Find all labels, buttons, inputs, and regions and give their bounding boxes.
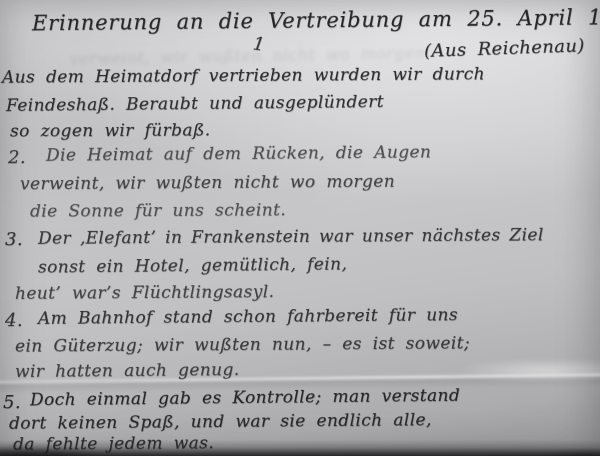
poem-line: Am Bahnhof stand schon fahrbereit für un… xyxy=(38,305,458,329)
poem-line: Aus dem Heimatdorf vertrieben wurden wir… xyxy=(2,64,485,87)
poem-line: Doch einmal gab es Kontrolle; man versta… xyxy=(30,386,460,411)
bottom-left-corner-shadow xyxy=(0,436,140,456)
poem-line: dort keinen Spaß, und war sie endlich al… xyxy=(9,410,432,434)
origin-note: (Aus Reichenau) xyxy=(424,35,585,62)
poem-line: die Sonne für uns scheint. xyxy=(30,200,286,221)
page-title: Erinnerung an die Vertreibung am 25. Apr… xyxy=(32,5,600,35)
poem-line: wir hatten auch genug. xyxy=(15,360,240,382)
photo-of-handwritten-page: verweint, wir wußten nicht wo morgen Eri… xyxy=(0,0,600,456)
poem-line: sonst ein Hotel, gemütlich, fein, xyxy=(38,254,347,277)
stanza-number: 2. xyxy=(8,147,26,168)
poem-line: Feindeshaß. Beraubt und ausgeplündert xyxy=(6,92,384,116)
stanza-number: 5. xyxy=(3,392,21,413)
poem-line: so zogen wir fürbaß. xyxy=(10,120,211,141)
bottom-right-corner-shadow xyxy=(518,444,600,456)
stanza-number: 3. xyxy=(5,229,23,250)
poem-line: verweint, wir wußten nicht wo morgen xyxy=(20,172,395,195)
poem-line: Die Heimat auf dem Rücken, die Augen xyxy=(46,142,431,165)
stanza-number: 4. xyxy=(5,310,23,331)
poem-line: heut’ war’s Flüchtlingsasyl. xyxy=(15,282,274,304)
poem-line: ein Güterzug; wir wußten nun, – es ist s… xyxy=(15,333,470,356)
poem-line: Der ‚Elefant’ in Frankenstein war unser … xyxy=(38,225,544,249)
